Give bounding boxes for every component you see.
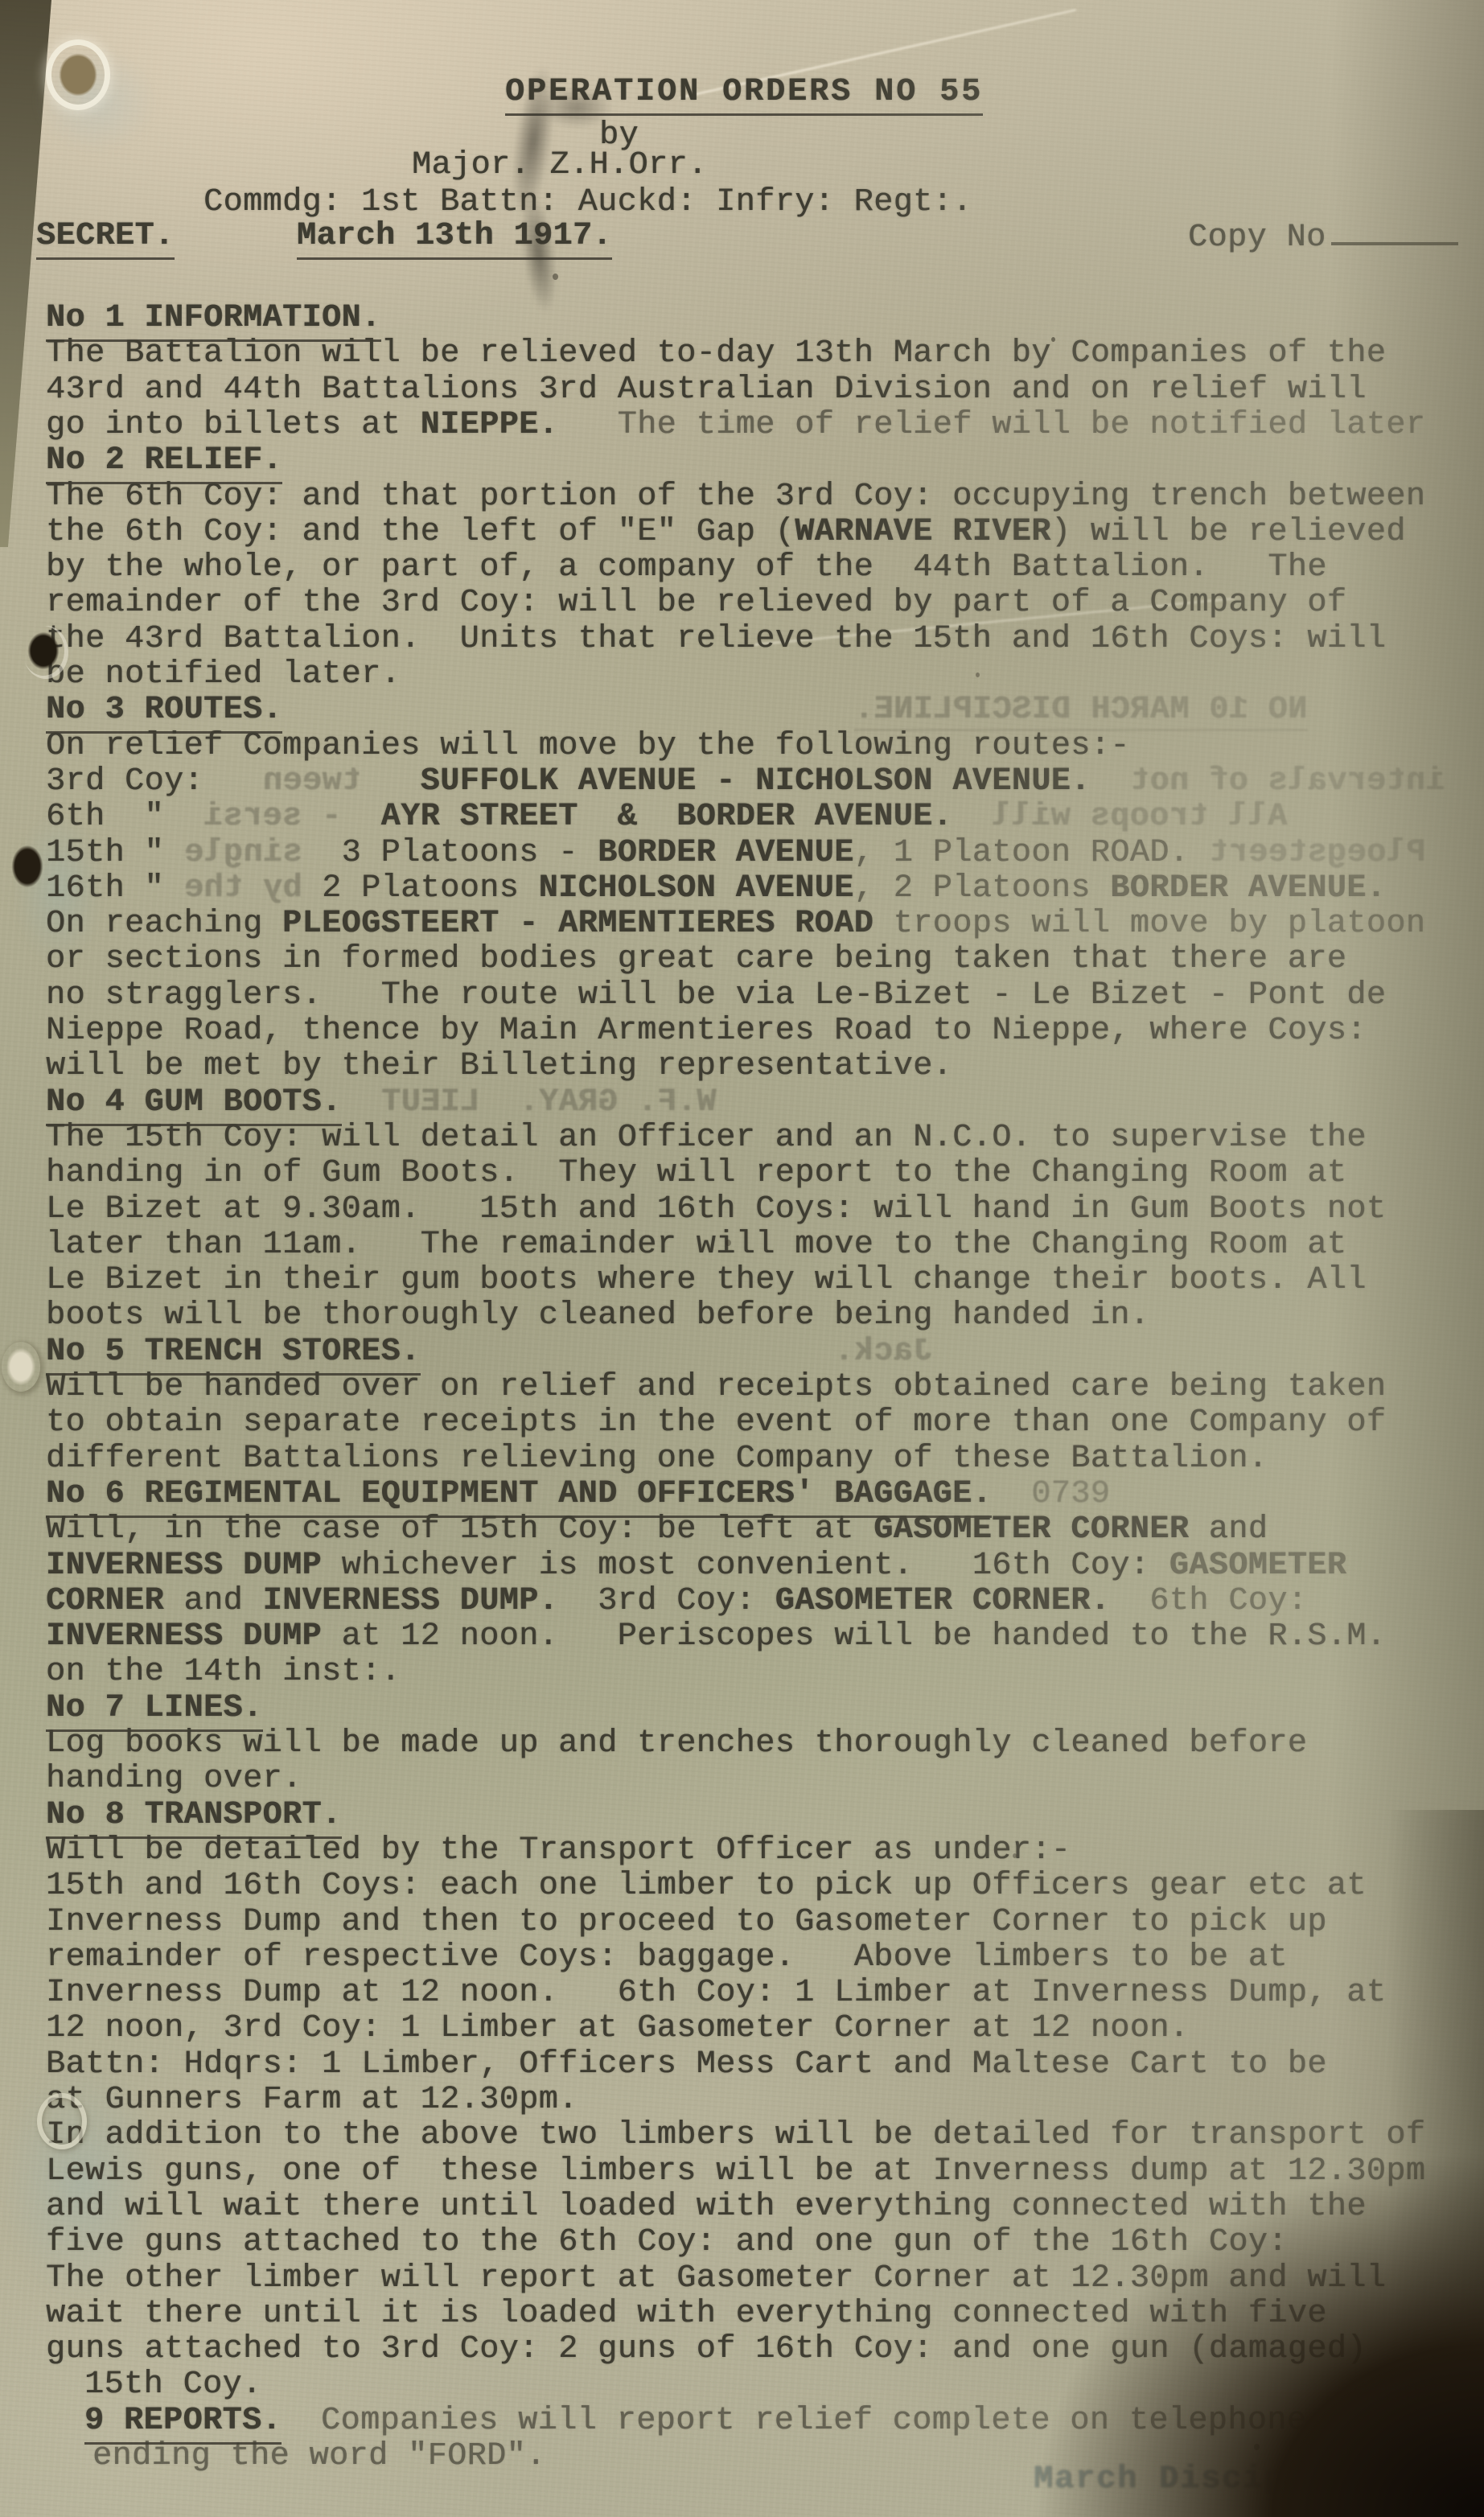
- doc-line: or sections in formed bodies great care …: [46, 941, 1346, 978]
- doc-line: 12 noon, 3rd Coy: 1 Limber at Gasometer …: [46, 2010, 1189, 2047]
- doc-line: CORNER and INVERNESS DUMP. 3rd Coy: GASO…: [46, 1583, 1307, 1620]
- doc-line: On relief Companies will move by the fol…: [46, 728, 1130, 765]
- doc-line: INVERNESS DUMP whichever is most conveni…: [46, 1548, 1346, 1585]
- punch-hole: [23, 626, 64, 676]
- scanned-document-photo: { "colors": { "paper_light": "#cdc3ab", …: [0, 0, 1484, 2517]
- doc-line: INVERNESS DUMP at 12 noon. Periscopes wi…: [46, 1618, 1386, 1655]
- doc-line: ending the word "FORD".: [92, 2438, 546, 2475]
- doc-line: later than 11am. The remainder will move…: [46, 1227, 1346, 1264]
- doc-line: The other limber will report at Gasomete…: [46, 2260, 1386, 2297]
- doc-line: the 43rd Battalion. Units that relieve t…: [46, 621, 1386, 658]
- doc-line: guns attached to 3rd Coy: 2 guns of 16th…: [46, 2331, 1367, 2368]
- doc-command: Commdg: 1st Battn: Auckd: Infry: Regt:.: [203, 184, 972, 221]
- doc-line: Nieppe Road, thence by Main Armentieres …: [46, 1013, 1367, 1050]
- doc-line: go into billets at NIEPPE. The time of r…: [46, 407, 1425, 444]
- doc-line: On reaching PLEOGSTEERT - ARMENTIERES RO…: [46, 906, 1425, 943]
- doc-line: The 6th Coy: and that portion of the 3rd…: [46, 479, 1425, 516]
- doc-line: on the 14th inst:.: [46, 1654, 401, 1691]
- doc-line: 16th " by the 2 Platoons NICHOLSON AVENU…: [46, 870, 1386, 907]
- doc-line: the 6th Coy: and the left of "E" Gap (WA…: [46, 514, 1406, 551]
- doc-line: handing in of Gum Boots. They will repor…: [46, 1155, 1346, 1192]
- doc-author: Major. Z.H.Orr.: [412, 147, 708, 184]
- punch-hole: [6, 838, 48, 895]
- doc-line: to obtain separate receipts in the event…: [46, 1405, 1386, 1442]
- doc-line: The 15th Coy: will detail an Officer and…: [46, 1120, 1367, 1157]
- punch-hole: [2, 1342, 40, 1392]
- doc-line: Inverness Dump and then to proceed to Ga…: [46, 1904, 1327, 1941]
- doc-line: Lewis guns, one of these limbers will be…: [46, 2153, 1425, 2190]
- doc-date: March 13th 1917.: [297, 218, 612, 260]
- copy-no-field: Copy No: [1188, 218, 1458, 257]
- doc-line: 43rd and 44th Battalions 3rd Australian …: [46, 372, 1367, 409]
- text-layer: OPERATION ORDERS NO 55 by Major. Z.H.Orr…: [0, 0, 1484, 2517]
- doc-line: 6th " - sersi AYR STREET & BORDER AVENUE…: [46, 799, 1288, 836]
- doc-line: no stragglers. The route will be via Le-…: [46, 977, 1386, 1014]
- doc-line: five guns attached to the 6th Coy: and o…: [46, 2224, 1288, 2261]
- copy-no-blank: [1331, 218, 1458, 245]
- doc-line: handing over.: [46, 1761, 302, 1798]
- doc-line: remainder of the 3rd Coy: will be reliev…: [46, 585, 1346, 622]
- doc-line: Inverness Dump at 12 noon. 6th Coy: 1 Li…: [46, 1975, 1386, 2012]
- doc-line: at Gunners Farm at 12.30pm.: [46, 2082, 578, 2119]
- ink-specks: [1051, 337, 1055, 342]
- ink-smear: [541, 87, 613, 129]
- punch-hole: [37, 2093, 87, 2149]
- doc-line: Will, in the case of 15th Coy: be left a…: [46, 1511, 1268, 1548]
- doc-line: Will be detailed by the Transport Office…: [46, 1832, 1071, 1869]
- doc-line: The Battalion will be relieved to-day 13…: [46, 335, 1386, 372]
- doc-line: Log books will be made up and trenches t…: [46, 1725, 1307, 1762]
- doc-line: 15th Coy.: [84, 2367, 262, 2404]
- doc-line: will be met by their Billeting represent…: [46, 1048, 952, 1085]
- doc-line: Will be handed over on relief and receip…: [46, 1369, 1386, 1406]
- doc-line: March Discipline.: [1034, 2461, 1389, 2498]
- doc-line: 15th " single 3 Platoons - BORDER AVENUE…: [46, 835, 1425, 872]
- classification-stamp: SECRET.: [36, 218, 175, 260]
- doc-line: be notified later.: [46, 656, 401, 693]
- doc-line: Le Bizet in their gum boots where they w…: [46, 1262, 1367, 1299]
- doc-line: by the whole, or part of, a company of t…: [46, 549, 1327, 586]
- doc-line: different Battalions relieving one Compa…: [46, 1441, 1268, 1478]
- doc-line: and will wait there until loaded with ev…: [46, 2189, 1367, 2226]
- doc-line: boots will be thoroughly cleaned before …: [46, 1298, 1149, 1335]
- doc-line: 15th and 16th Coys: each one limber to p…: [46, 1868, 1367, 1905]
- doc-line: Battn: Hdqrs: 1 Limber, Officers Mess Ca…: [46, 2046, 1327, 2083]
- doc-line: Le Bizet at 9.30am. 15th and 16th Coys: …: [46, 1191, 1386, 1228]
- doc-line: 3rd Coy: tween SUFFOLK AVENUE - NICHOLSO…: [46, 763, 1445, 800]
- doc-line: remainder of respective Coys: baggage. A…: [46, 1939, 1288, 1976]
- doc-line: In addition to the above two limbers wil…: [46, 2117, 1425, 2154]
- punch-hole: [51, 45, 105, 105]
- doc-line: wait there until it is loaded with every…: [46, 2296, 1327, 2333]
